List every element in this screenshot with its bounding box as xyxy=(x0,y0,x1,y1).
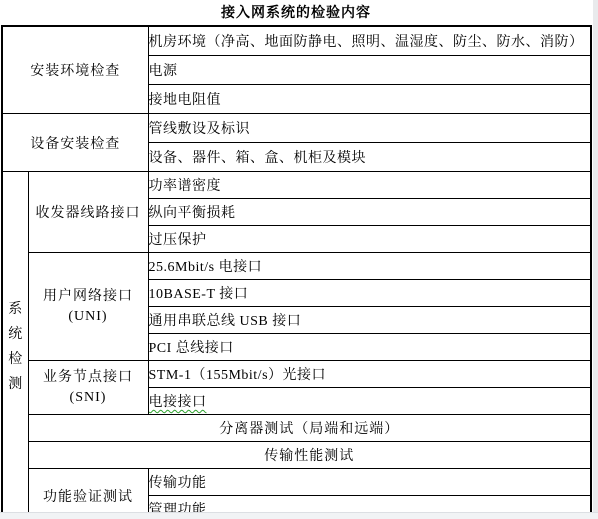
cell-overvoltage-protection: 过压保护 xyxy=(148,226,591,253)
cell-pipeline-marking: 管线敷设及标识 xyxy=(148,114,591,143)
subsection-header-uni: 用户网络接口 (UNI) xyxy=(28,253,148,361)
sni-header-line1: 业务节点接口 xyxy=(29,368,148,388)
cell-equipment-modules: 设备、器件、箱、盒、机柜及模块 xyxy=(148,143,591,172)
cell-pci-bus-interface: PCI 总线接口 xyxy=(148,334,591,361)
cell-256mbit-electrical-interface: 25.6Mbit/s 电接口 xyxy=(148,253,591,280)
cell-transmission-function: 传输功能 xyxy=(148,469,591,496)
cell-electrical-interface: 电接接口 xyxy=(148,388,591,415)
cell-stm1-optical-interface: STM-1（155Mbit/s）光接口 xyxy=(148,361,591,388)
table-row: 分离器测试（局端和远端） xyxy=(2,415,591,442)
section-header-system-test: 系统检测 xyxy=(2,172,28,519)
table-row: 设备安装检查 管线敷设及标识 xyxy=(2,114,591,143)
section-header-equip-install: 设备安装检查 xyxy=(2,114,148,172)
cell-room-environment: 机房环境（净高、地面防静电、照明、温湿度、防尘、防水、消防） xyxy=(148,26,591,56)
table-row: 用户网络接口 (UNI) 25.6Mbit/s 电接口 xyxy=(2,253,591,280)
sni-header-line2: (SNI) xyxy=(29,388,148,408)
cell-transmission-performance-test: 传输性能测试 xyxy=(28,442,591,469)
table-row: 业务节点接口 (SNI) STM-1（155Mbit/s）光接口 xyxy=(2,361,591,388)
cell-longitudinal-balance-loss: 纵向平衡损耗 xyxy=(148,199,591,226)
uni-header-line1: 用户网络接口 xyxy=(29,287,148,307)
table-row: 传输性能测试 xyxy=(2,442,591,469)
table-row: 功能验证测试 传输功能 xyxy=(2,469,591,496)
cell-usb-interface: 通用串联总线 USB 接口 xyxy=(148,307,591,334)
window-bottom-bar xyxy=(0,512,598,519)
subsection-header-sni: 业务节点接口 (SNI) xyxy=(28,361,148,415)
cell-10base-t-interface: 10BASE-T 接口 xyxy=(148,280,591,307)
cell-ground-resistance: 接地电阻值 xyxy=(148,85,591,114)
uni-header-line2: (UNI) xyxy=(29,307,148,327)
cell-power-spectral-density: 功率谱密度 xyxy=(148,172,591,199)
subsection-header-transceiver: 收发器线路接口 xyxy=(28,172,148,253)
cell-splitter-test: 分离器测试（局端和远端） xyxy=(28,415,591,442)
document-page: 接入网系统的检验内容 安装环境检查 机房环境（净高、地面防静电、照明、温湿度、防… xyxy=(0,0,598,519)
inspection-table: 安装环境检查 机房环境（净高、地面防静电、照明、温湿度、防尘、防水、消防） 电源… xyxy=(1,25,592,519)
page-edge-strip xyxy=(593,0,598,519)
cell-power-supply: 电源 xyxy=(148,56,591,85)
vertical-label-system-test: 系统检测 xyxy=(8,297,23,397)
section-header-install-env: 安装环境检查 xyxy=(2,26,148,114)
table-row: 系统检测 收发器线路接口 功率谱密度 xyxy=(2,172,591,199)
table-title: 接入网系统的检验内容 xyxy=(0,2,592,22)
table-row: 安装环境检查 机房环境（净高、地面防静电、照明、温湿度、防尘、防水、消防） xyxy=(2,26,591,56)
spellcheck-underlined-text: 电接接口 xyxy=(149,395,207,410)
